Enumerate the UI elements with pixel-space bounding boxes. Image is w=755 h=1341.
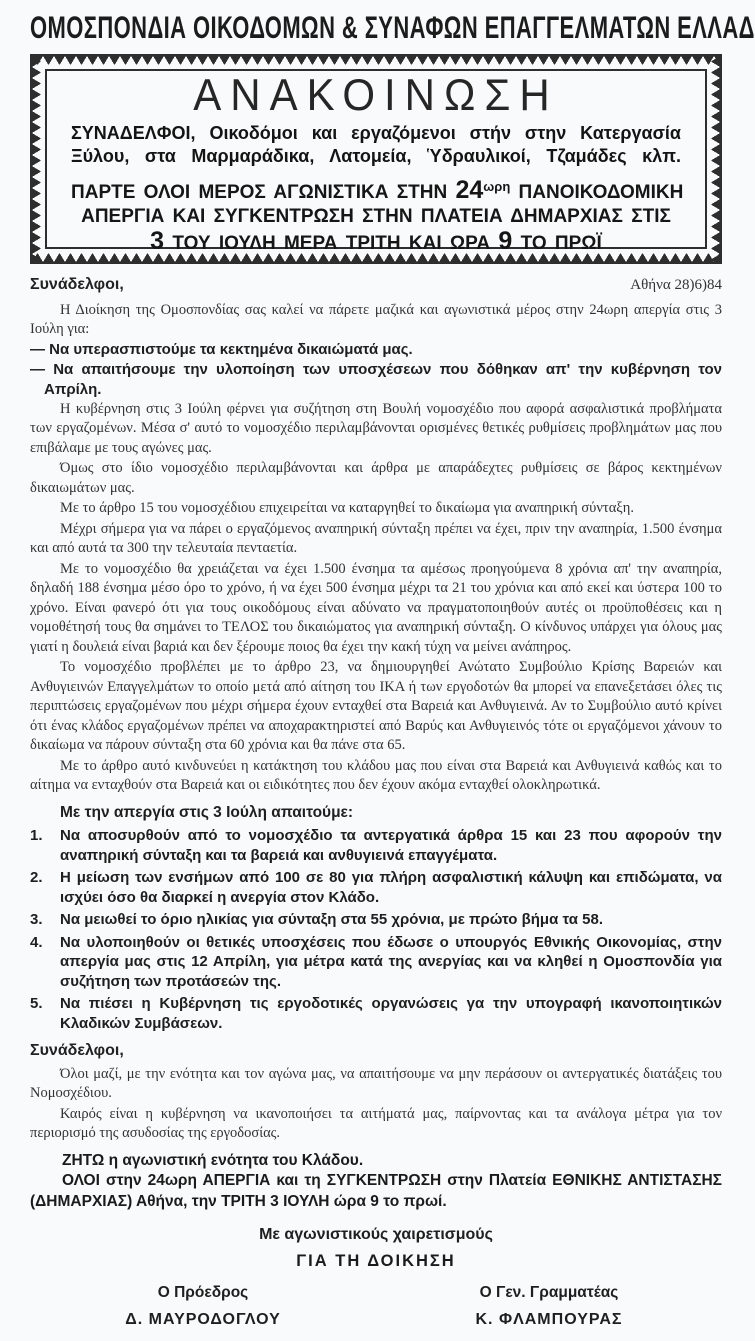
federation-masthead: ΟΜΟΣΠΟΝΔΙΑ ΟΙΚΟΔΟΜΩΝ & ΣΥΝΑΦΩΝ ΕΠΑΓΓΕΛΜΑ… xyxy=(30,8,722,49)
demand-text: Να υλοποιηθούν οι θετικές υποσχέσεις που… xyxy=(60,933,722,992)
strike-call-line-3: 3 ΤΟΥ ΙΟΥΛΗ ΜΕΡΑ ΤΡΙΤΗ ΚΑΙ ΩΡΑ 9 ΤΟ ΠΡΩΪ xyxy=(71,229,681,256)
call-line1-suffix: ΠΑΝΟΙΚΟΔΟΜΙΚΗ xyxy=(519,182,684,203)
salutation-2: Συνάδελφοι, xyxy=(30,1041,722,1061)
closing-greeting: Με αγωνιστικούς χαιρετισμούς xyxy=(30,1225,722,1245)
strike-call-line-1: ΠΑΡΤΕ ΟΛΟΙ ΜΕΡΟΣ ΑΓΩΝΙΣΤΙΚΑ ΣΤΗΝ 24ωρη Π… xyxy=(71,175,681,205)
signature-name: Κ. ΦΛΑΜΠΟΥΡΑΣ xyxy=(376,1310,722,1330)
salutation: Συνάδελφοι, xyxy=(30,275,124,295)
paragraph-6: Με το νομοσχέδιο θα χρειάζεται να έχει 1… xyxy=(30,560,722,658)
demand-text: Να μειωθεί το όριο ηλικίας για σύνταξη σ… xyxy=(60,910,722,930)
call-line1-prefix: ΠΑΡΤΕ ΟΛΟΙ ΜΕΡΟΣ ΑΓΩΝΙΣΤΙΚΑ ΣΤΗΝ xyxy=(71,182,447,203)
call-line3-mid: ΤΟΥ ΙΟΥΛΗ ΜΕΡΑ ΤΡΙΤΗ ΚΑΙ ΩΡΑ xyxy=(172,233,490,254)
demand-number: 5. xyxy=(30,994,60,1033)
demand-text: Να αποσυρθούν από το νομοσχέδιο τα αντερ… xyxy=(60,826,722,865)
hours-number: 24 xyxy=(455,176,483,204)
signature-secretary: Ο Γεν. Γραμματέας Κ. ΦΛΑΜΠΟΥΡΑΣ xyxy=(376,1283,722,1329)
document-page: ΟΜΟΣΠΟΝΔΙΑ ΟΙΚΟΔΟΜΩΝ & ΣΥΝΑΦΩΝ ΕΠΑΓΓΕΛΜΑ… xyxy=(0,0,755,1341)
paragraph-5: Μέχρι σήμερα για να πάρει ο εργαζόμενος … xyxy=(30,520,722,559)
demand-item-5: 5. Να πιέσει η Κυβέρνηση τις εργοδοτικές… xyxy=(30,994,722,1033)
paragraph-intro: Η Διοίκηση της Ομοσπονδίας σας καλεί να … xyxy=(30,301,722,340)
demand-item-1: 1. Να αποσυρθούν από το νομοσχέδιο τα αν… xyxy=(30,826,722,865)
demand-item-3: 3. Να μειωθεί το όριο ηλικίας για σύνταξ… xyxy=(30,910,722,930)
notice-intro: ΣΥΝΑΔΕΛΦΟΙ, Οικοδόμοι και εργαζόμενοι στ… xyxy=(71,122,681,168)
paragraph-2: Η κυβέρνηση στις 3 Ιούλη φέρνει για συζή… xyxy=(30,400,722,459)
dash-item-1: — Να υπερασπιστούμε τα κεκτημένα δικαιώμ… xyxy=(30,340,722,360)
day-number: 3 xyxy=(150,227,164,255)
strike-call: ΠΑΡΤΕ ΟΛΟΙ ΜΕΡΟΣ ΑΓΩΝΙΣΤΙΚΑ ΣΤΗΝ 24ωρη Π… xyxy=(71,175,681,256)
demand-item-4: 4. Να υλοποιηθούν οι θετικές υποσχέσεις … xyxy=(30,933,722,992)
strike-call-line-2: ΑΠΕΡΓΙΑ ΚΑΙ ΣΥΓΚΕΝΤΡΩΣΗ ΣΤΗΝ ΠΛΑΤΕΙΑ ΔΗΜ… xyxy=(71,205,681,229)
letter-body: Συνάδελφοι, Αθήνα 28)6)84 Η Διοίκηση της… xyxy=(30,275,722,1329)
call-line3-end: ΤΟ ΠΡΩΪ xyxy=(521,233,602,254)
demand-item-2: 2. Η μείωση των ενσήμων από 100 σε 80 γι… xyxy=(30,868,722,907)
demand-number: 1. xyxy=(30,826,60,865)
paragraph-8: Με το άρθρο αυτό κινδυνεύει η κατάκτηση … xyxy=(30,757,722,796)
signature-president: Ο Πρόεδρος Δ. ΜΑΥΡΟΔΟΓΛΟΥ xyxy=(30,1283,376,1329)
demand-number: 3. xyxy=(30,910,60,930)
slogan-strike: ΟΛΟΙ στην 24ωρη ΑΠΕΡΓΙΑ και τη ΣΥΓΚΕΝΤΡΩ… xyxy=(30,1171,722,1212)
demand-text: Να πιέσει η Κυβέρνηση τις εργοδοτικές ορ… xyxy=(60,994,722,1033)
notice-box: ΑΝΑΚΟΙΝΩΣΗ ΣΥΝΑΔΕΛΦΟΙ, Οικοδόμοι και εργ… xyxy=(30,54,722,264)
demand-text: Η μείωση των ενσήμων από 100 σε 80 για π… xyxy=(60,868,722,907)
hours-word-superscript: ωρη xyxy=(483,179,510,194)
signature-role: Ο Γεν. Γραμματέας xyxy=(376,1283,722,1303)
date-line: Αθήνα 28)6)84 xyxy=(630,276,722,296)
notice-title: ΑΝΑΚΟΙΝΩΣΗ xyxy=(71,71,681,120)
time-number: 9 xyxy=(498,227,512,255)
signature-role: Ο Πρόεδρος xyxy=(30,1283,376,1303)
zigzag-border-left xyxy=(32,56,41,262)
letter-head: Συνάδελφοι, Αθήνα 28)6)84 xyxy=(30,275,722,296)
demand-number: 2. xyxy=(30,868,60,907)
zigzag-border-top xyxy=(32,56,720,65)
paragraph-4: Με το άρθρο 15 του νομοσχέδιου επιχειρεί… xyxy=(30,499,722,519)
paragraph-10: Καιρός είναι η κυβέρνηση να ικανοποιήσει… xyxy=(30,1105,722,1144)
demands-heading: Με την απεργία στις 3 Ιούλη απαιτούμε: xyxy=(30,803,722,823)
for-the-board: ΓΙΑ ΤΗ ΔΟΙΚΗΣΗ xyxy=(30,1252,722,1272)
slogan-unity: ΖΗΤΩ η αγωνιστική ενότητα του Κλάδου. xyxy=(30,1151,722,1172)
demand-number: 4. xyxy=(30,933,60,992)
notice-inner-frame: ΑΝΑΚΟΙΝΩΣΗ ΣΥΝΑΔΕΛΦΟΙ, Οικοδόμοι και εργ… xyxy=(45,69,707,249)
signature-block: Ο Πρόεδρος Δ. ΜΑΥΡΟΔΟΓΛΟΥ Ο Γεν. Γραμματ… xyxy=(30,1283,722,1329)
paragraph-3: Όμως στο ίδιο νομοσχέδιο περιλαμβάνονται… xyxy=(30,459,722,498)
paragraph-7: Το νομοσχέδιο προβλέπει με το άρθρο 23, … xyxy=(30,658,722,756)
dash-item-2: — Να απαιτήσουμε την υλοποίηση των υποσχ… xyxy=(30,360,722,400)
paragraph-9: Όλοι μαζί, με την ενότητα και τον αγώνα … xyxy=(30,1065,722,1104)
zigzag-border-right xyxy=(711,56,720,262)
signature-name: Δ. ΜΑΥΡΟΔΟΓΛΟΥ xyxy=(30,1310,376,1330)
